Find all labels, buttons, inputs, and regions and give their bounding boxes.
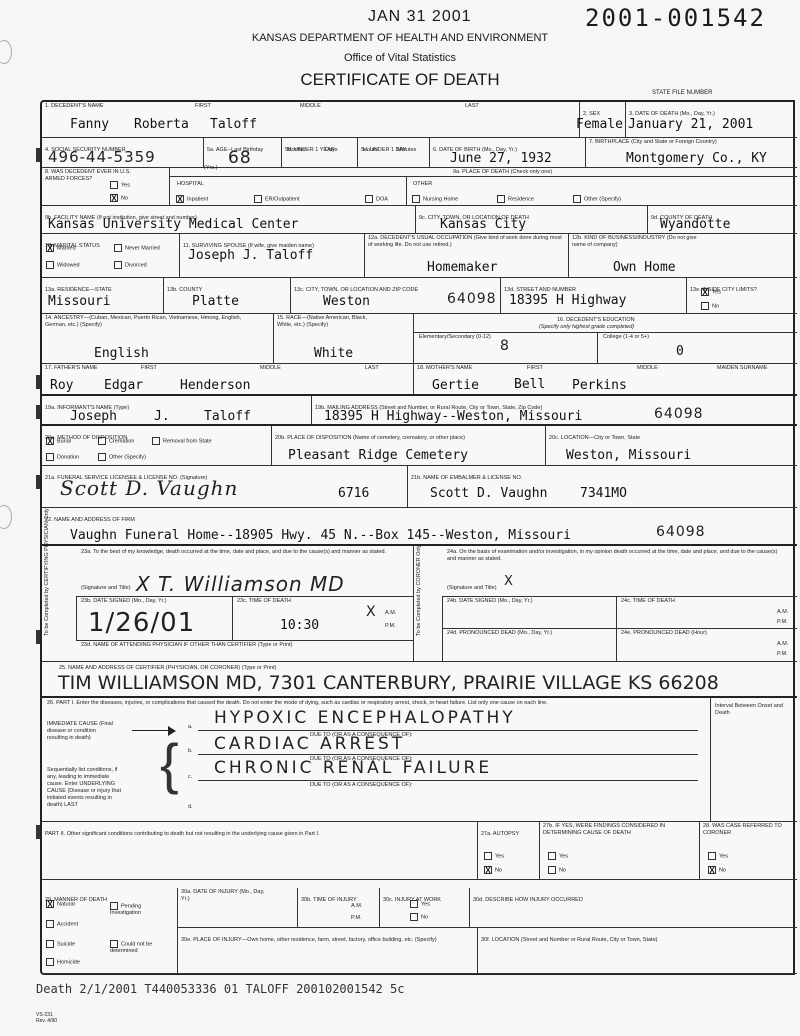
funeral-firm-field[interactable]: 22. NAME AND ADDRESS OF FIRM Vaughn Fune… — [42, 508, 797, 546]
city-of-death-value: Kansas City — [440, 217, 526, 232]
city-limits-yes[interactable]: XYes — [701, 288, 721, 296]
checked-checkbox-icon: X — [484, 866, 492, 874]
coroner-side-label: To be Completed by CORONER Only — [416, 556, 422, 636]
checked-checkbox-icon: X — [46, 900, 54, 908]
armed-forces-yes[interactable]: Yes — [110, 181, 130, 189]
injury-location-field[interactable]: 30f. LOCATION (Street and Number or Rura… — [478, 928, 797, 974]
injury-description-field[interactable]: 30d. DESCRIBE HOW INJURY OCCURRED — [470, 888, 797, 928]
checkbox-icon — [254, 195, 262, 203]
checkbox-icon — [46, 453, 54, 461]
pod-nursing-home[interactable]: Nursing Home — [412, 195, 458, 203]
disposition-donation[interactable]: Donation — [46, 453, 79, 461]
injury-date-field[interactable]: 30a. DATE OF INJURY (Mo., Day, Yr.) — [178, 888, 298, 928]
checkbox-icon — [46, 920, 54, 928]
father-middle-name: Edgar — [104, 378, 143, 393]
decedent-middle-name: Roberta — [134, 117, 189, 132]
father-first-name: Roy — [50, 378, 73, 393]
checkbox-icon — [110, 902, 118, 910]
armed-forces-field[interactable]: 8. WAS DECEDENT EVER IN U.S. ARMED FORCE… — [42, 168, 170, 206]
date-of-birth-field[interactable]: 6. DATE OF BIRTH (Mo., Day, Yr.) June 27… — [430, 138, 586, 168]
cause-of-death-section: 26. PART I. Enter the diseases, injuries… — [42, 698, 797, 822]
informant-address-field[interactable]: 19b. MAILING ADDRESS (Street and Number,… — [312, 396, 797, 426]
findings-no[interactable]: No — [548, 866, 566, 874]
coroner-referral-field[interactable]: 28. WAS CASE REFERRED TO CORONER Yes XNo — [700, 822, 797, 880]
checkbox-icon — [98, 437, 106, 445]
cause-line-c[interactable]: CHRONIC RENAL FAILURE — [214, 758, 492, 778]
sex-field[interactable]: 2. SEX Female — [580, 102, 626, 138]
embalmer-name: Scott D. Vaughn — [430, 486, 547, 501]
residence-city-field[interactable]: 13c. CITY, TOWN, OR LOCATION AND ZIP COD… — [291, 278, 501, 314]
disposition-cremation[interactable]: Cremation — [98, 437, 134, 445]
residence-county-field[interactable]: 13b. COUNTY Platte — [164, 278, 291, 314]
date-of-death-field[interactable]: 3. DATE OF DEATH (Mo., Day, Yr.) January… — [626, 102, 797, 138]
embalmer-field[interactable]: 21b. NAME OF EMBALMER & LICENSE NO. Scot… — [408, 466, 797, 508]
cause-line-a[interactable]: HYPOXIC ENCEPHALOPATHY — [214, 708, 516, 728]
findings-yes[interactable]: Yes — [548, 852, 568, 860]
checkbox-icon — [114, 261, 122, 269]
place-of-death-field[interactable]: 9a. PLACE OF DEATH (Check only one) HOSP… — [170, 168, 797, 206]
occupation-field[interactable]: 12a. DECEDENT'S USUAL OCCUPATION (Give k… — [365, 234, 569, 278]
checkbox-icon — [110, 181, 118, 189]
decedent-last-name: Taloff — [210, 117, 257, 132]
received-date-stamp: JAN 31 2001 — [368, 8, 472, 26]
marital-widowed[interactable]: Widowed — [46, 261, 80, 269]
cause-line-b[interactable]: CARDIAC ARREST — [214, 734, 405, 754]
checkbox-icon — [548, 866, 556, 874]
checked-checkbox-icon: X — [176, 195, 184, 203]
mother-maiden-name: Perkins — [572, 378, 627, 393]
under-1-year-field[interactable]: 5b. UNDER 1 YEAR Months Days — [282, 138, 358, 168]
decedent-first-name: Fanny — [70, 117, 109, 132]
state-file-number: 2001-001542 — [585, 4, 766, 32]
checkbox-icon — [548, 852, 556, 860]
residence-state-value: Missouri — [48, 294, 111, 309]
marital-never-married[interactable]: Never Married — [114, 244, 160, 252]
injury-at-work-field[interactable]: 30c. INJURY AT WORK Yes No — [380, 888, 470, 928]
ssn-field[interactable]: 4. SOCIAL SECURITY NUMBER 496-44-5359 — [42, 138, 204, 168]
pod-doa[interactable]: DOA — [365, 195, 388, 203]
elementary-grade-value: 8 — [500, 338, 510, 354]
page-title: CERTIFICATE OF DEATH — [0, 70, 800, 90]
informant-address-value: 18395 H Highway--Weston, Missouri — [324, 409, 582, 424]
date-of-death-value: January 21, 2001 — [628, 117, 753, 132]
informant-first-name: Joseph — [70, 409, 117, 424]
punch-hole — [0, 505, 12, 529]
pod-other[interactable]: Other (Specify) — [573, 195, 621, 203]
residence-street-field[interactable]: 13d. STREET AND NUMBER 18395 H Highway — [501, 278, 687, 314]
occupation-value: Homemaker — [427, 260, 497, 275]
marital-divorced[interactable]: Divorced — [114, 261, 147, 269]
informant-middle-name: J. — [154, 409, 170, 424]
disposition-location-value: Weston, Missouri — [566, 448, 691, 463]
manner-homicide[interactable]: Homicide — [46, 958, 80, 966]
date-of-birth-value: June 27, 1932 — [450, 151, 552, 166]
residence-county-value: Platte — [192, 294, 239, 309]
injury-time-field[interactable]: 30b. TIME OF INJURY A.M. P.M. — [298, 888, 380, 928]
checkbox-icon — [110, 940, 118, 948]
birthplace-value: Montgomery Co., KY — [626, 151, 767, 166]
residence-state-field[interactable]: 13a. RESIDENCE—STATE Missouri — [42, 278, 164, 314]
office-name: Office of Vital Statistics — [0, 52, 800, 64]
disposition-removal[interactable]: Removal from State — [152, 437, 212, 445]
checkbox-icon — [98, 453, 106, 461]
agency-name: KANSAS DEPARTMENT OF HEALTH AND ENVIRONM… — [0, 32, 800, 44]
coroner-signature-mark[interactable]: X — [504, 574, 514, 589]
county-of-death-value: Wyandotte — [660, 217, 730, 232]
education-field[interactable]: 16. DECEDENT'S EDUCATION (Specify only h… — [414, 314, 797, 364]
checked-checkbox-icon: X — [701, 288, 709, 296]
informant-zip-value: 64098 — [654, 406, 704, 422]
business-value: Own Home — [613, 260, 676, 275]
checkbox-icon — [497, 195, 505, 203]
certifier-date-signed[interactable]: 1/26/01 — [88, 608, 195, 638]
checkbox-icon — [46, 958, 54, 966]
checkbox-icon — [152, 437, 160, 445]
am-mark: X — [366, 604, 377, 620]
injury-work-yes[interactable]: Yes — [410, 900, 430, 908]
checkbox-icon — [46, 940, 54, 948]
facility-name-value: Kansas University Medical Center — [48, 217, 298, 232]
coroner-referral-no[interactable]: XNo — [708, 866, 726, 874]
checkbox-icon — [708, 852, 716, 860]
informant-name-field[interactable]: 19a. INFORMANT'S NAME (Type) Joseph J. T… — [42, 396, 312, 426]
certifier-address-field[interactable]: 25. NAME AND ADDRESS OF CERTIFIER (PHYSI… — [42, 662, 797, 698]
decedent-name-field[interactable]: 1. DECEDENT'S NAME FIRST MIDDLE LAST Fan… — [42, 102, 580, 138]
certifying-physician-section: To be Completed by CERTIFYING PHYSICIAN … — [42, 546, 414, 662]
race-value: White — [314, 346, 353, 361]
age-value: 68 — [228, 148, 252, 168]
time-of-death-value: 10:30 — [280, 618, 319, 633]
checked-checkbox-icon: X — [46, 437, 54, 445]
coroner-referral-yes[interactable]: Yes — [708, 852, 728, 860]
checkbox-icon — [484, 852, 492, 860]
autopsy-yes[interactable]: Yes — [484, 852, 504, 860]
checked-checkbox-icon: X — [46, 244, 54, 252]
funeral-firm-zip: 64098 — [656, 524, 706, 540]
certifier-address-value: TIM WILLIAMSON MD, 7301 CANTERBURY, PRAI… — [58, 672, 719, 694]
embalmer-license: 7341MO — [580, 486, 627, 501]
part2-conditions-field[interactable]: PART II. Other significant conditions co… — [42, 822, 478, 880]
business-field[interactable]: 12b. KIND OF BUSINESS/INDUSTRY (Do not g… — [569, 234, 797, 278]
inside-city-limits-field[interactable]: 13e. INSIDE CITY LIMITS? XYes No — [687, 278, 797, 314]
checkbox-icon — [410, 913, 418, 921]
disposition-method-field[interactable]: 20a. METHOD OF DISPOSITION XBurial Crema… — [42, 426, 272, 466]
marital-married[interactable]: XMarried — [46, 244, 76, 252]
certifier-side-label: To be Completed by CERTIFYING PHYSICIAN … — [44, 556, 50, 636]
under-1-day-field[interactable]: 5c. UNDER 1 DAY Hours Minutes — [358, 138, 430, 168]
manner-accident[interactable]: Accident — [46, 920, 78, 928]
checkbox-icon — [573, 195, 581, 203]
disposition-other[interactable]: Other (Specify) — [98, 453, 146, 461]
race-field[interactable]: 15. RACE—(Native American, Black, White,… — [274, 314, 414, 364]
coroner-section: To be Completed by CORONER Only 24a. On … — [414, 546, 797, 662]
marital-status-field[interactable]: 10. MARITAL STATUS XMarried Never Marrie… — [42, 234, 180, 278]
checkbox-icon — [114, 244, 122, 252]
ssn-value: 496-44-5359 — [48, 148, 156, 166]
city-limits-no[interactable]: No — [701, 302, 719, 310]
disposition-place-field[interactable]: 20b. PLACE OF DISPOSITION (Name of cemet… — [272, 426, 546, 466]
surviving-spouse-value: Joseph J. Taloff — [188, 248, 313, 263]
certifier-signature[interactable]: X T. Williamson MD — [136, 572, 345, 596]
pod-residence[interactable]: Residence — [497, 195, 534, 203]
college-grade-value: 0 — [676, 344, 684, 359]
index-line: Death 2/1/2001 T440053336 01 TALOFF 2001… — [36, 982, 404, 996]
armed-forces-no[interactable]: XNo — [110, 194, 128, 202]
manner-suicide[interactable]: Suicide — [46, 940, 75, 948]
funeral-license-number: 6716 — [338, 486, 369, 501]
birthplace-field[interactable]: 7. BIRTHPLACE (City and State or Foreign… — [586, 138, 797, 168]
mother-name-field[interactable]: 18. MOTHER'S NAME FIRST MIDDLE MAIDEN SU… — [414, 364, 797, 396]
arrow-icon — [132, 730, 172, 731]
checked-checkbox-icon: X — [110, 194, 118, 202]
disposition-location-field[interactable]: 20c. LOCATION—City or Town, State Weston… — [546, 426, 797, 466]
ancestry-value: English — [94, 346, 149, 361]
disposition-place-value: Pleasant Ridge Cemetery — [288, 448, 468, 463]
surviving-spouse-field[interactable]: 11. SURVIVING SPOUSE (If wife, give maid… — [180, 234, 365, 278]
mother-middle-name: Bell — [514, 377, 545, 392]
residence-street-value: 18395 H Highway — [509, 293, 626, 308]
city-of-death-field[interactable]: 9c. CITY, TOWN, OR LOCATION OF DEATH Kan… — [416, 206, 648, 234]
autopsy-field[interactable]: 27a. AUTOPSY Yes XNo — [478, 822, 540, 880]
checkbox-icon — [701, 302, 709, 310]
residence-city-value: Weston — [323, 294, 370, 309]
funeral-licensee-field[interactable]: 21a. FUNERAL SERVICE LICENSEE & LICENSE … — [42, 466, 408, 508]
brace-icon: { — [160, 736, 179, 792]
ancestry-field[interactable]: 14. ANCESTRY—(Cuban, Mexican, Puerto Ric… — [42, 314, 274, 364]
funeral-firm-value: Vaughn Funeral Home--18905 Hwy. 45 N.--B… — [70, 528, 571, 543]
checkbox-icon — [410, 900, 418, 908]
checked-checkbox-icon: X — [708, 866, 716, 874]
checkbox-icon — [46, 261, 54, 269]
manner-pending[interactable]: Pending Investigation — [110, 902, 160, 916]
pod-inpatient[interactable]: XInpatient — [176, 195, 208, 203]
facility-name-field[interactable]: 9b. FACILITY NAME (If not institution, g… — [42, 206, 416, 234]
county-of-death-field[interactable]: 9d. COUNTY OF DEATH Wyandotte — [648, 206, 797, 234]
sex-value: Female — [576, 117, 623, 132]
manner-undetermined[interactable]: Could not be determined — [110, 940, 166, 954]
death-certificate-form: 1. DECEDENT'S NAME FIRST MIDDLE LAST Fan… — [40, 100, 795, 975]
autopsy-no[interactable]: XNo — [484, 866, 502, 874]
informant-last-name: Taloff — [204, 409, 251, 424]
father-last-name: Henderson — [180, 378, 250, 393]
state-file-number-label: STATE FILE NUMBER — [652, 90, 712, 96]
form-revision: VS-231 Rev. 4/90 — [36, 1012, 57, 1024]
autopsy-findings-field[interactable]: 27b. IF YES, WERE FINDINGS CONSIDERED IN… — [540, 822, 700, 880]
pod-er-outpatient[interactable]: ER/Outpatient — [254, 195, 300, 203]
disposition-burial[interactable]: XBurial — [46, 437, 71, 445]
checkbox-icon — [412, 195, 420, 203]
age-field[interactable]: 5a. AGE--Last Birthday (Yrs.) 68 — [204, 138, 282, 168]
manner-of-death-field[interactable]: 29. MANNER OF DEATH XNatural Pending Inv… — [42, 888, 178, 974]
father-name-field[interactable]: 17. FATHER'S NAME FIRST MIDDLE LAST Roy … — [42, 364, 414, 396]
mother-first-name: Gertie — [432, 378, 479, 393]
injury-work-no[interactable]: No — [410, 913, 428, 921]
checkbox-icon — [365, 195, 373, 203]
residence-zip-value: 64098 — [447, 291, 497, 307]
injury-place-field[interactable]: 30e. PLACE OF INJURY—Own home, other res… — [178, 928, 478, 974]
licensee-signature: Scott D. Vaughn — [60, 476, 238, 500]
manner-natural[interactable]: XNatural — [46, 900, 75, 908]
